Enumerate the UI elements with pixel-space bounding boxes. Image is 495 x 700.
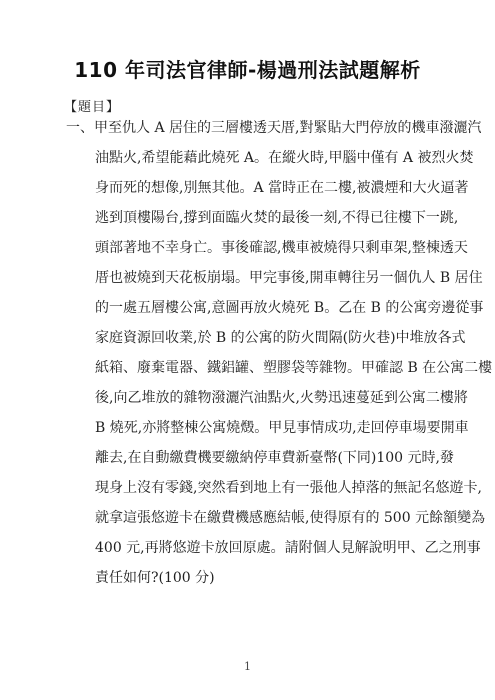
- question-line: 油點火,希望能藉此燒死 A。在縱火時,甲腦中僅有 A 被烈火焚: [66, 143, 432, 173]
- question-line: 400 元,再將悠遊卡放回原處。請附個人見解說明甲、乙之刑事: [66, 533, 432, 563]
- question-line: 逃到頂樓陽台,撐到面臨火焚的最後一刻,不得已往樓下一跳,: [66, 203, 432, 233]
- question-line: 身而死的想像,別無其他。A 當時正在二樓,被濃煙和大火逼著: [66, 173, 432, 203]
- question-line: 紙箱、廢棄電器、鐵鋁罐、塑膠袋等雜物。甲確認 B 在公寓二樓: [66, 353, 432, 383]
- question-line: 厝也被燒到天花板崩塌。甲完事後,開車轉往另一個仇人 B 居住: [66, 263, 432, 293]
- question-line: 一、甲至仇人 A 居住的三層樓透天厝,對緊貼大門停放的機車潑灑汽: [66, 113, 432, 143]
- question-line: 的一處五層樓公寓,意圖再放火燒死 B。乙在 B 的公寓旁邊從事: [66, 293, 432, 323]
- document-title: 110 年司法官律師-楊過刑法試題解析: [0, 55, 495, 85]
- document-page: 110 年司法官律師-楊過刑法試題解析 【題目】 一、甲至仇人 A 居住的三層樓…: [0, 0, 495, 700]
- question-line: 現身上沒有零錢,突然看到地上有一張他人掉落的無記名悠遊卡,: [66, 473, 432, 503]
- question-paragraph: 一、甲至仇人 A 居住的三層樓透天厝,對緊貼大門停放的機車潑灑汽 油點火,希望能…: [66, 113, 432, 593]
- question-line: 就拿這張悠遊卡在繳費機感應結帳,使得原有的 500 元餘額變為: [66, 503, 432, 533]
- page-number: 1: [0, 660, 495, 673]
- question-line: 責任如何?(100 分): [66, 563, 432, 593]
- question-line: 家庭資源回收業,於 B 的公寓的防火間隔(防火巷)中堆放各式: [66, 323, 432, 353]
- question-line: 頭部著地不幸身亡。事後確認,機車被燒得只剩車架,整棟透天: [66, 233, 432, 263]
- question-line: B 燒死,亦將整棟公寓燒燬。甲見事情成功,走回停車場要開車: [66, 413, 432, 443]
- question-line: 後,向乙堆放的雜物潑灑汽油點火,火勢迅速蔓延到公寓二樓將: [66, 383, 432, 413]
- question-line: 離去,在自動繳費機要繳納停車費新臺幣(下同)100 元時,發: [66, 443, 432, 473]
